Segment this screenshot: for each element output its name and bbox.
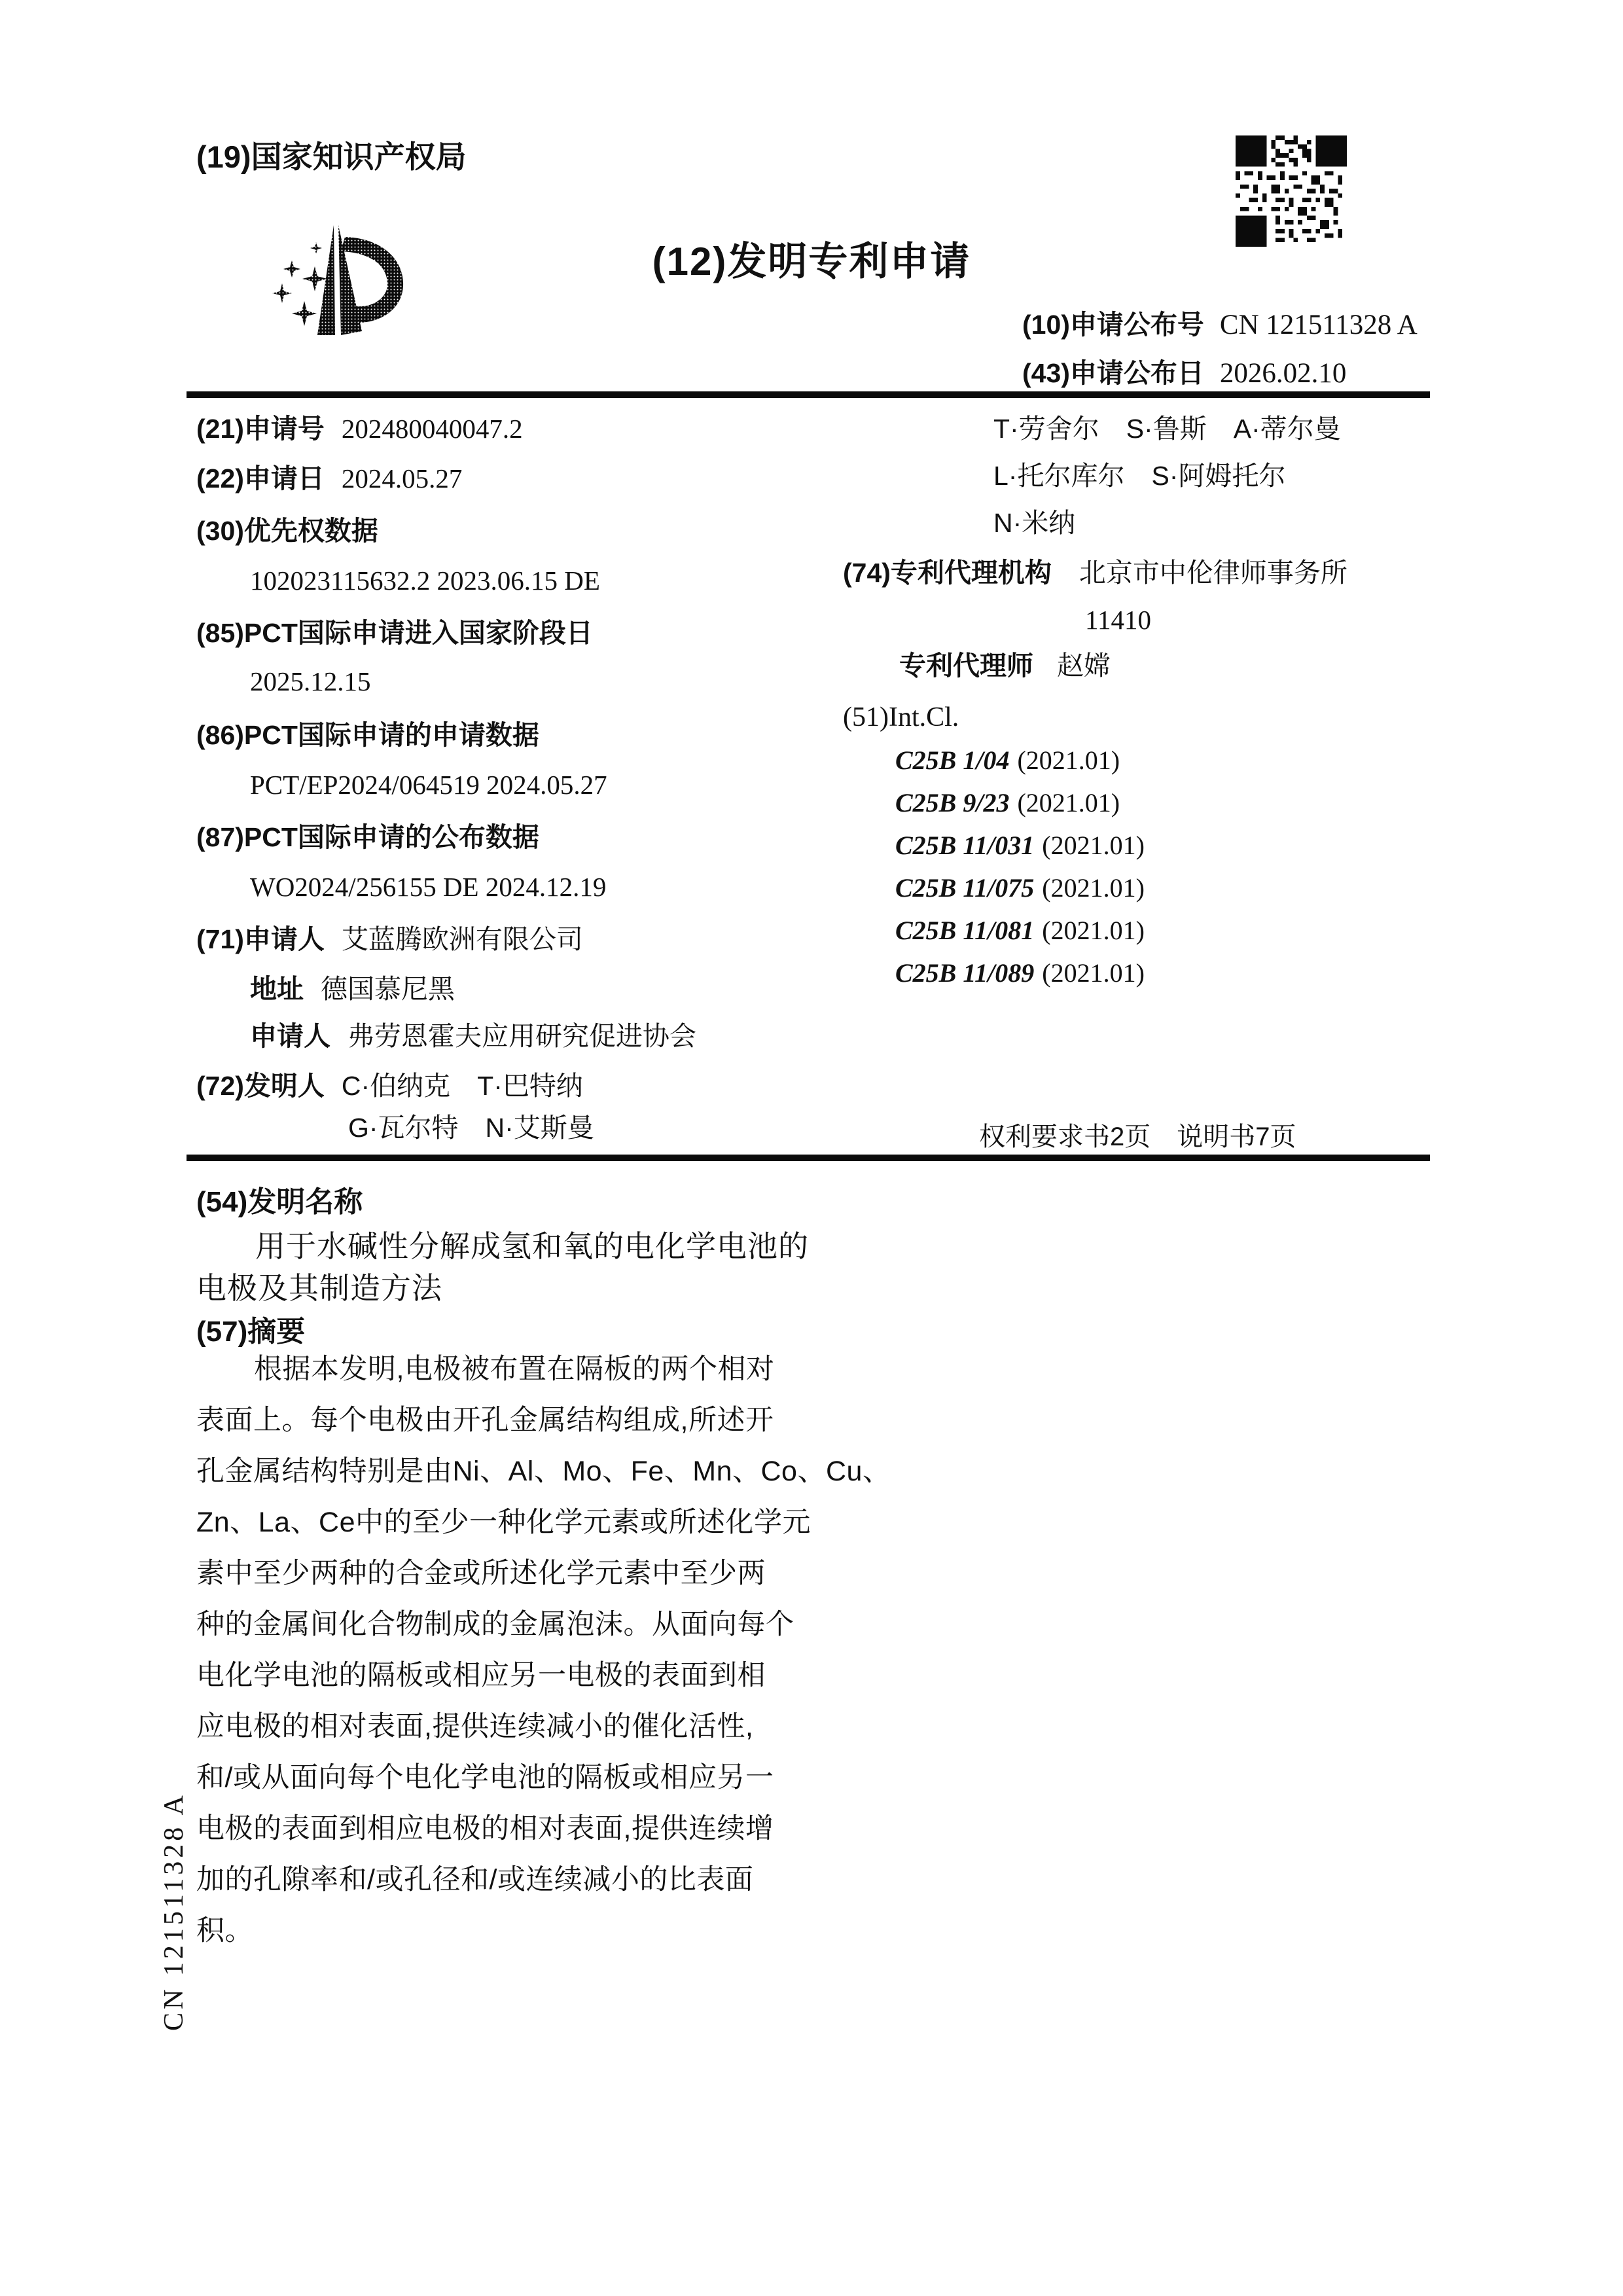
application-number-label: (21)申请号	[196, 414, 325, 444]
intcl-code: C25B 11/075	[895, 873, 1034, 903]
inventors-row: (72)发明人C·伯纳克 T·巴特纳	[196, 1071, 583, 1102]
inventors-right-line-2: L·托尔库尔 S·阿姆托尔	[993, 461, 1285, 492]
application-date-row: (22)申请日2024.05.27	[196, 463, 462, 494]
inventors-label: (72)发明人	[196, 1071, 325, 1101]
priority-data-value: 102023115632.2 2023.06.15 DE	[250, 565, 600, 596]
abstract-line: 应电极的相对表面,提供连续减小的催化活性,	[196, 1704, 753, 1744]
invention-title-label: (54)发明名称	[196, 1178, 363, 1220]
abstract-line: 种的金属间化合物制成的金属泡沫。从面向每个	[196, 1602, 794, 1642]
intcl-year: (2021.01)	[1017, 745, 1120, 775]
second-applicant-label: 申请人	[250, 1021, 330, 1051]
agency-label: (74)专利代理机构	[843, 558, 1052, 588]
pct-publication-data-label: (87)PCT国际申请的公布数据	[196, 822, 539, 852]
pct-application-data-label: (86)PCT国际申请的申请数据	[196, 720, 539, 750]
pct-publication-data-value: WO2024/256155 DE 2024.12.19	[250, 872, 606, 903]
qr-code-icon	[1236, 135, 1347, 247]
pct-application-data-row: (86)PCT国际申请的申请数据	[196, 720, 539, 751]
intcl-code: C25B 1/04	[895, 745, 1009, 775]
publication-date-row: (43)申请公布日2026.02.10	[1022, 357, 1346, 389]
inventors-line-2: G·瓦尔特 N·艾斯曼	[348, 1113, 594, 1143]
pct-national-entry-date: 2025.12.15	[250, 666, 371, 697]
abstract-line: 加的孔隙率和/或孔径和/或连续减小的比表面	[196, 1857, 753, 1897]
invention-title-line-2: 电极及其制造方法	[196, 1265, 442, 1308]
intcl-label: (51)Int.Cl.	[843, 702, 959, 733]
application-number-row: (21)申请号202480040047.2	[196, 414, 523, 444]
publication-number-value: CN 121511328 A	[1220, 310, 1418, 340]
publication-number-label: (10)申请公布号	[1022, 310, 1204, 340]
pct-application-data-value: PCT/EP2024/064519 2024.05.27	[250, 770, 607, 800]
inventors-right-line-1: T·劳舍尔 S·鲁斯 A·蒂尔曼	[993, 414, 1341, 444]
abstract-line: 积。	[196, 1909, 253, 1948]
pct-publication-data-row: (87)PCT国际申请的公布数据	[196, 822, 539, 853]
vertical-publication-number: CN 121511328 A	[158, 1808, 191, 2031]
publication-date-label: (43)申请公布日	[1022, 358, 1204, 388]
agency-row: (74)专利代理机构北京市中伦律师事务所	[843, 558, 1347, 588]
abstract-line: 表面上。每个电极由开孔金属结构组成,所述开	[196, 1398, 774, 1438]
second-applicant-name: 弗劳恩霍夫应用研究促进协会	[348, 1021, 696, 1051]
intcl-year: (2021.01)	[1042, 873, 1145, 903]
invention-title-line-1: 用于水碱性分解成氢和氧的电化学电池的	[255, 1223, 809, 1266]
office-name: (19)国家知识产权局	[196, 133, 467, 177]
agent-row: 专利代理师赵嫦	[899, 651, 1111, 681]
inventors-right-line-3: N·米纳	[993, 508, 1075, 539]
patent-front-page: (19)国家知识产权局 (12)发明专利申请	[0, 0, 1623, 2296]
intcl-year: (2021.01)	[1042, 831, 1145, 860]
intcl-year: (2021.01)	[1042, 958, 1145, 988]
address-value: 德国慕尼黑	[321, 974, 455, 1004]
application-number-value: 202480040047.2	[342, 414, 523, 444]
pct-national-entry-row: (85)PCT国际申请进入国家阶段日	[196, 618, 593, 649]
agency-name: 北京市中伦律师事务所	[1079, 558, 1347, 588]
inventors-line-1: C·伯纳克 T·巴特纳	[342, 1071, 583, 1101]
intcl-entry: C25B 11/089(2021.01)	[895, 958, 1145, 988]
intcl-entry: C25B 9/23(2021.01)	[895, 787, 1120, 818]
section-divider	[187, 1155, 1430, 1161]
priority-data-label: (30)优先权数据	[196, 516, 378, 546]
intcl-entry: C25B 1/04(2021.01)	[895, 745, 1120, 776]
intcl-code: C25B 9/23	[895, 788, 1009, 817]
application-date-label: (22)申请日	[196, 463, 325, 493]
applicant-name: 艾蓝腾欧洲有限公司	[342, 924, 583, 954]
header-divider	[187, 391, 1430, 398]
intcl-entry: C25B 11/081(2021.01)	[895, 915, 1145, 946]
pages-note: 权利要求书2页 说明书7页	[979, 1116, 1296, 1153]
publication-date-value: 2026.02.10	[1220, 358, 1347, 389]
document-type-title: (12)发明专利申请	[0, 230, 1623, 287]
abstract-label: (57)摘要	[196, 1308, 305, 1350]
intcl-code: C25B 11/031	[895, 831, 1034, 860]
abstract-line: 电化学电池的隔板或相应另一电极的表面到相	[196, 1653, 766, 1693]
abstract-line: Zn、La、Ce中的至少一种化学元素或所述化学元	[196, 1500, 811, 1540]
abstract-line: 素中至少两种的合金或所述化学元素中至少两	[196, 1551, 766, 1591]
agent-label: 专利代理师	[899, 651, 1033, 681]
applicant-label: (71)申请人	[196, 924, 325, 954]
agency-code: 11410	[1085, 605, 1151, 636]
second-applicant-row: 申请人弗劳恩霍夫应用研究促进协会	[250, 1021, 696, 1052]
abstract-line: 电极的表面到相应电极的相对表面,提供连续增	[196, 1806, 774, 1846]
application-date-value: 2024.05.27	[342, 463, 463, 493]
intcl-code: C25B 11/081	[895, 916, 1034, 945]
intcl-year: (2021.01)	[1017, 788, 1120, 817]
intcl-year: (2021.01)	[1042, 916, 1145, 945]
agent-name: 赵嫦	[1057, 651, 1111, 681]
address-label: 地址	[250, 974, 304, 1004]
priority-data-row: (30)优先权数据	[196, 516, 378, 547]
abstract-line: 孔金属结构特别是由Ni、Al、Mo、Fe、Mn、Co、Cu、	[196, 1449, 891, 1489]
applicant-row: (71)申请人艾蓝腾欧洲有限公司	[196, 924, 583, 955]
intcl-entry: C25B 11/031(2021.01)	[895, 830, 1145, 861]
intcl-code: C25B 11/089	[895, 958, 1034, 988]
intcl-entry: C25B 11/075(2021.01)	[895, 872, 1145, 903]
abstract-line: 根据本发明,电极被布置在隔板的两个相对	[254, 1347, 774, 1387]
publication-number-row: (10)申请公布号CN 121511328 A	[1022, 309, 1418, 341]
abstract-line: 和/或从面向每个电化学电池的隔板或相应另一	[196, 1755, 774, 1795]
applicant-address-row: 地址德国慕尼黑	[250, 974, 455, 1005]
pct-national-entry-label: (85)PCT国际申请进入国家阶段日	[196, 618, 593, 648]
